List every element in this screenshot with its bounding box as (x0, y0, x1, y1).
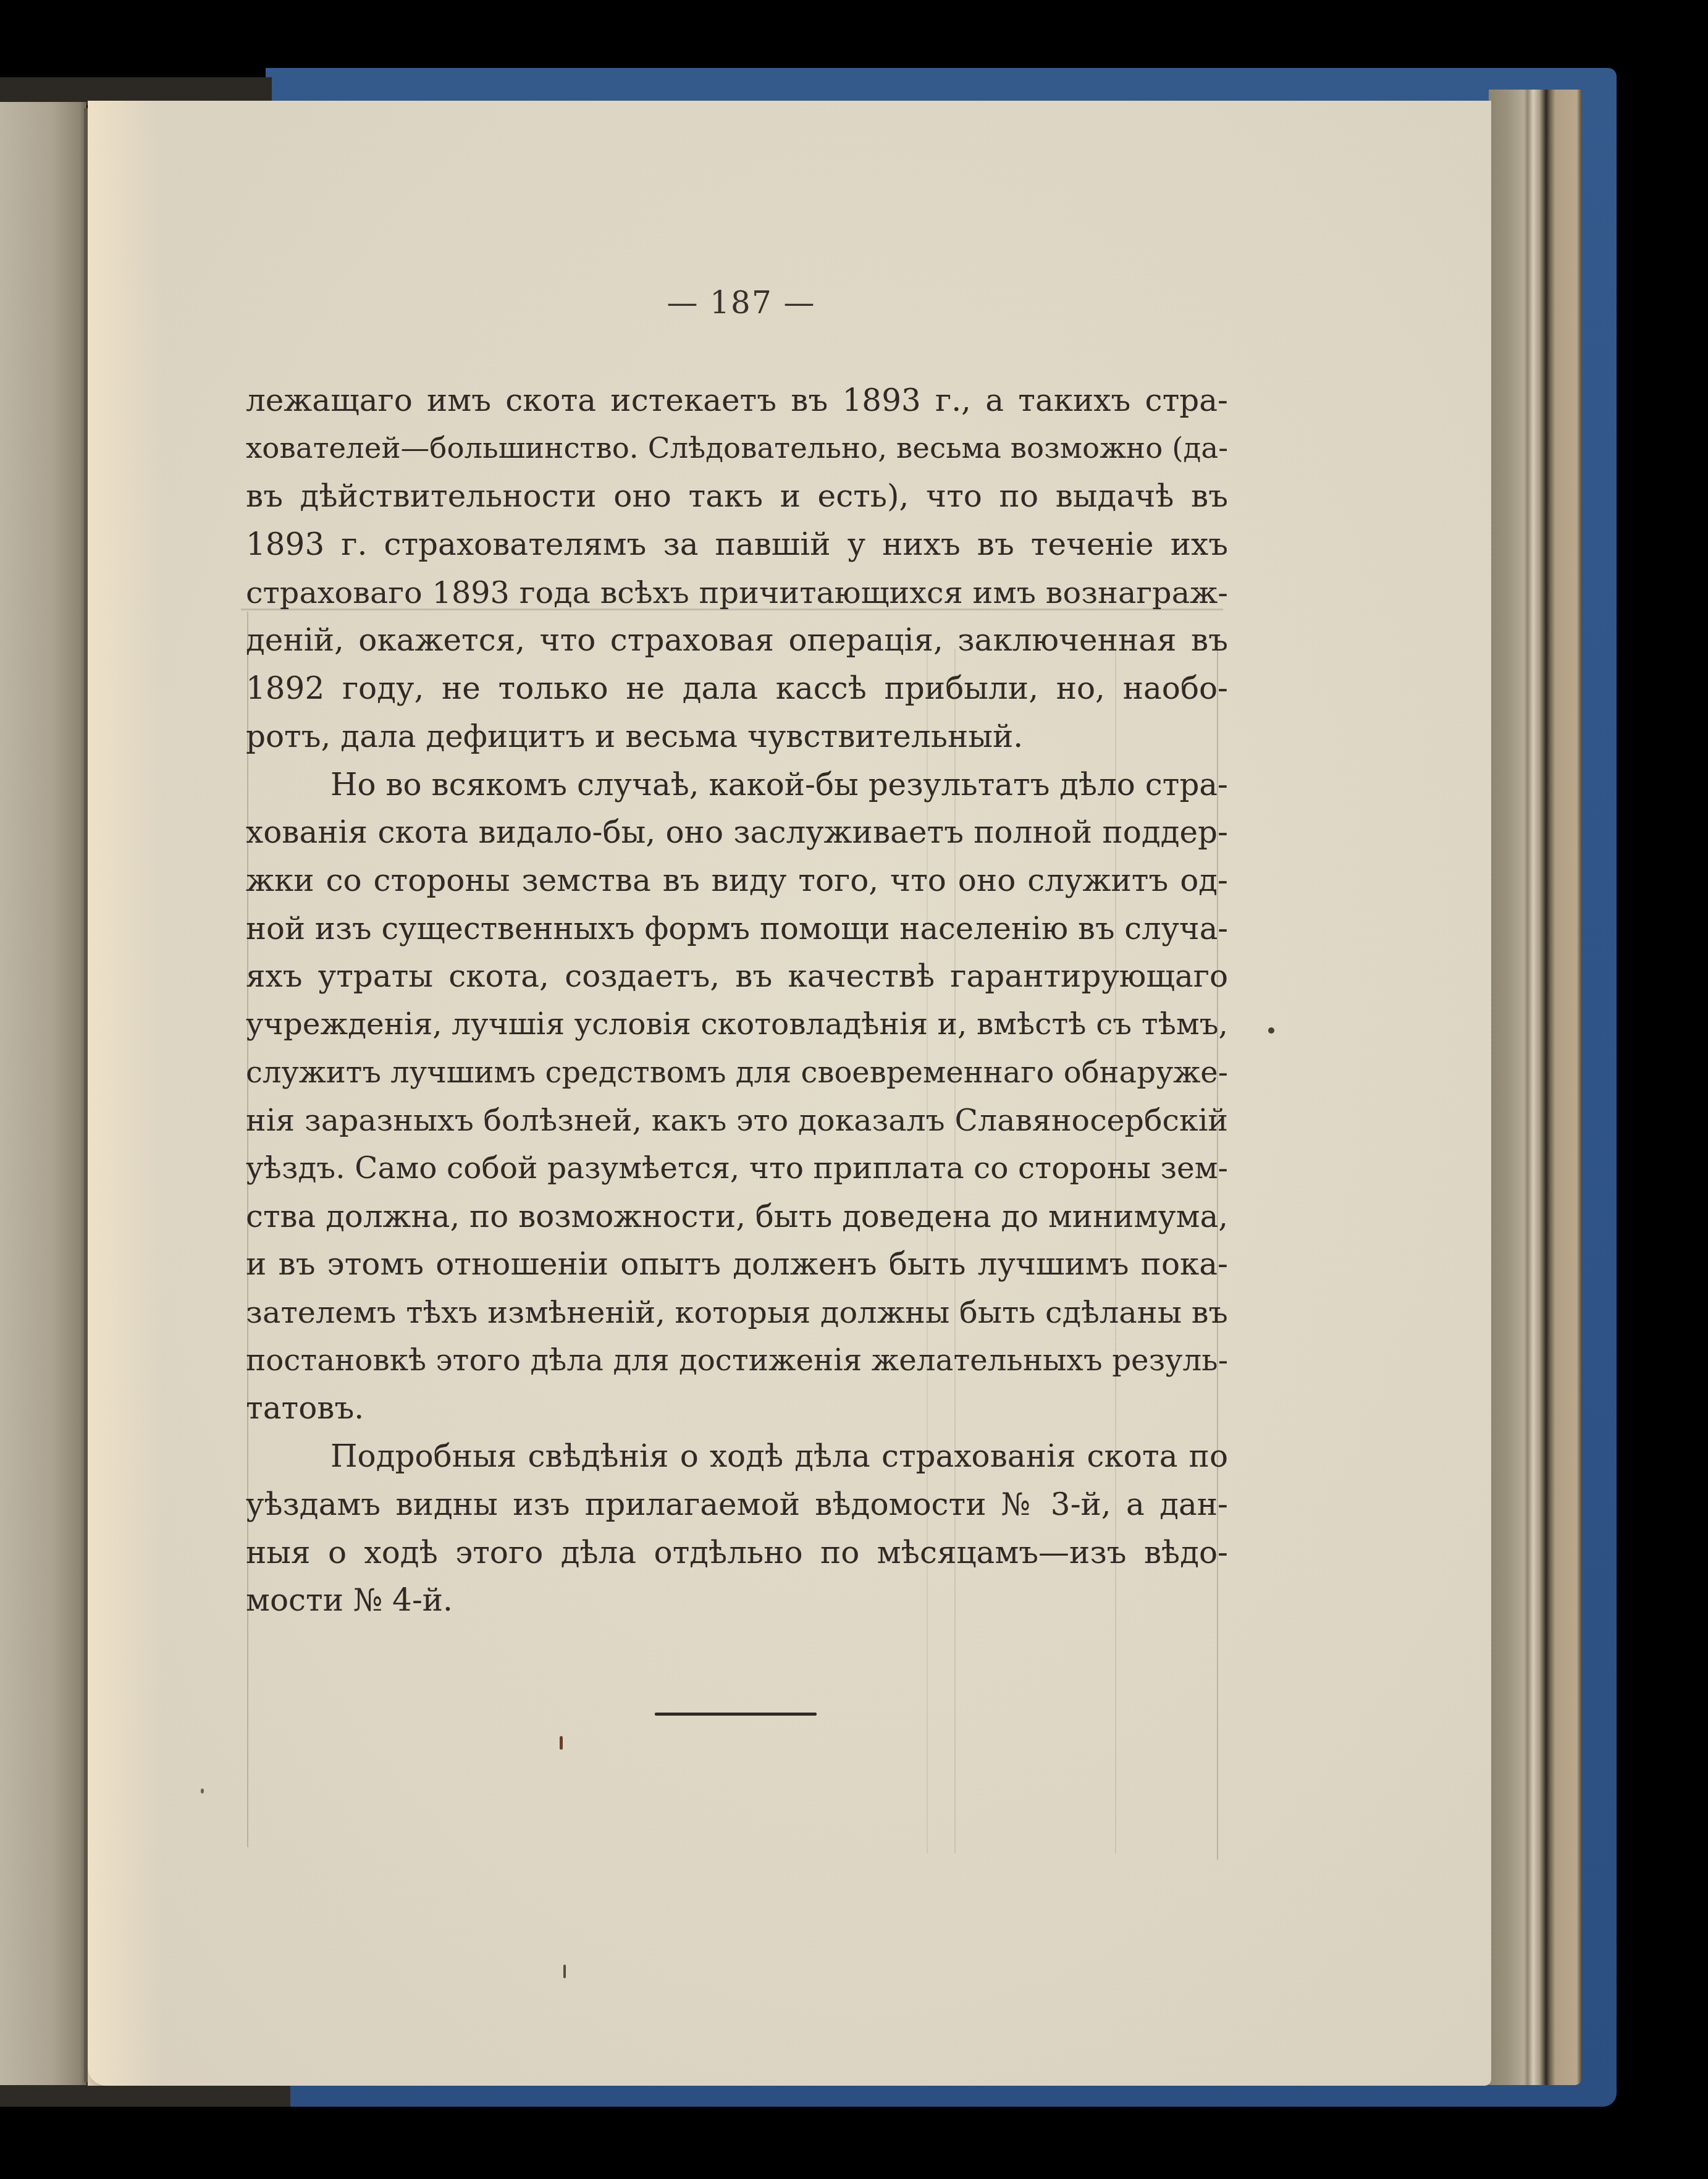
text-line: въ дѣйствительности оно такъ и есть), чт… (246, 473, 1228, 521)
text-line: хователей—большинство. Слѣдовательно, ве… (246, 425, 1228, 473)
text-line: лежащаго имъ скота истекаетъ въ 1893 г.,… (246, 377, 1228, 425)
text-line: ныя о ходѣ этого дѣла отдѣльно по мѣсяца… (246, 1529, 1228, 1577)
text-line: яхъ утраты скота, создаетъ, въ качествѣ … (246, 953, 1228, 1001)
paper-speck (1268, 1027, 1274, 1034)
text-line: ной изъ существенныхъ формъ помощи насел… (246, 905, 1228, 953)
text-line: 1892 году, не только не дала кассѣ прибы… (246, 665, 1228, 713)
text-line: жки со стороны земства въ виду того, что… (246, 857, 1228, 905)
section-end-rule (655, 1713, 817, 1716)
page-number: — 187 — (655, 281, 828, 324)
text-line: деній, окажется, что страховая операція,… (246, 617, 1228, 665)
text-line: страховаго 1893 года всѣхъ причитающихся… (246, 569, 1228, 617)
text-line: зателемъ тѣхъ измѣненій, которыя должны … (246, 1289, 1228, 1337)
text-line: уѣздъ. Само собой разумѣется, что припла… (246, 1145, 1228, 1193)
spine-bottom-edge (0, 2082, 290, 2107)
text-line: хованія скота видало-бы, оно заслуживает… (246, 809, 1228, 857)
text-line: 1893 г. страхователямъ за павшій у нихъ … (246, 521, 1228, 569)
page-stack-edges (1489, 90, 1581, 2085)
text-line: уѣздамъ видны изъ прилагаемой вѣдомости … (246, 1481, 1228, 1529)
text-line: татовъ. (246, 1385, 1228, 1433)
previous-page-strip (0, 102, 86, 2085)
text-line: служитъ лучшимъ средствомъ для своевреме… (246, 1049, 1228, 1097)
body-text: лежащаго имъ скота истекаетъ въ 1893 г.,… (246, 377, 1228, 1625)
text-line: и въ этомъ отношеніи опытъ долженъ быть … (246, 1241, 1228, 1289)
text-line: Подробныя свѣдѣнія о ходѣ дѣла страхован… (246, 1433, 1228, 1481)
text-line: ства должна, по возможности, быть доведе… (246, 1193, 1228, 1241)
text-line: учрежденія, лучшія условія скотовладѣнія… (246, 1001, 1228, 1049)
paper-speck (560, 1736, 563, 1750)
text-line: ротъ, дала дефицитъ и весьма чувствитель… (246, 713, 1228, 761)
paper-speck (201, 1789, 204, 1793)
text-line: Но во всякомъ случаѣ, какой-бы результат… (246, 761, 1228, 809)
text-line: мости № 4-й. (246, 1577, 1228, 1625)
text-line: нія заразныхъ болѣзней, какъ это доказал… (246, 1097, 1228, 1145)
text-line: постановкѣ этого дѣла для достиженія жел… (246, 1337, 1228, 1385)
paper-speck (563, 1965, 566, 1978)
